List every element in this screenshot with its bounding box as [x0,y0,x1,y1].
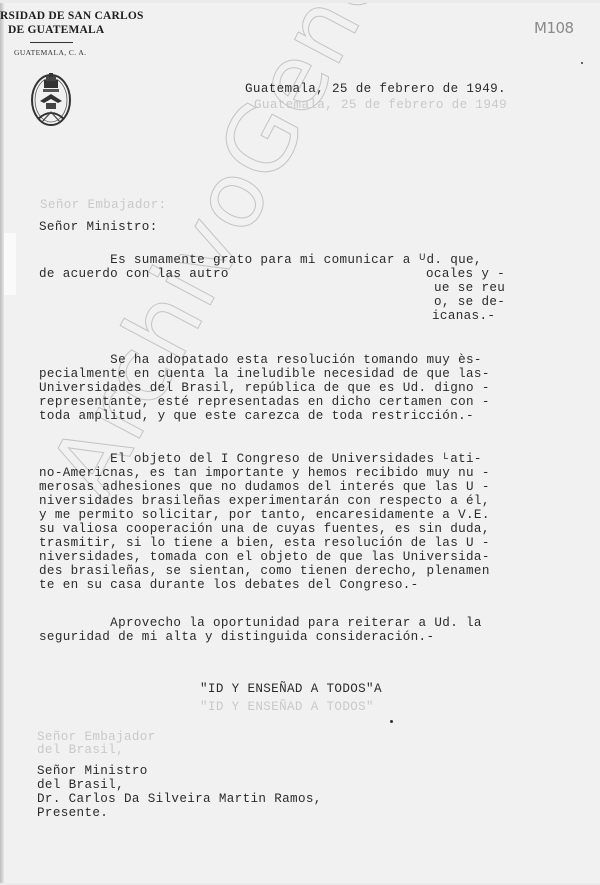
paragraph-line: niversidades, tomada con el objeto de qu… [39,551,490,565]
paragraph-line: ue se reu [434,282,505,296]
paragraph-line: y me permito solicitar, por tanto, encar… [39,509,490,523]
paragraph-line: de acuerdo con las autro [39,268,229,282]
ink-speck [581,62,583,64]
letterhead-institution: RSIDAD DE SAN CARLOS [0,10,144,22]
letterhead-rule [30,42,73,43]
archive-reference-mark: M108 [534,19,574,37]
addressee-line: del Brasil, [37,779,124,793]
paragraph-line: El objeto del I Congreso de Universidade… [39,453,482,467]
paragraph-line: toda amplitud, y que este carezca de tod… [39,410,474,424]
paragraph-line: Aprovecho la oportunidad para reiterar a… [39,617,482,631]
paragraph-line: seguridad de mi alta y distinguida consi… [39,631,434,645]
letter-date: Guatemala, 25 de febrero de 1949. [245,83,506,97]
paragraph-line: no-Americnas, es tan importante y hemos … [39,467,490,481]
paragraph-line: des brasileñas, se sientan, como tienen … [39,565,490,579]
paragraph-line: o, se de- [434,296,505,310]
university-seal-icon [26,67,76,131]
paper-strip [4,233,16,295]
paragraph-line: su valiosa cooperación una de cuyas fuen… [39,523,490,537]
paragraph-line: te en su casa durante los debates del Co… [39,579,419,593]
salutation: Señor Ministro: [39,221,158,235]
paragraph-line: icanas.- [432,310,495,324]
addressee-line: Presente. [37,807,108,821]
paragraph-line: pecialmente en cuenta la ineludible nece… [39,368,490,382]
ghost-date: Guatemala, 25 de febrero de 1949 [254,99,507,113]
ghost-addressee-2: del Brasil, [37,744,124,758]
letter-page: ArchivoGeneralUSAC RSIDAD DE SAN CARLOS … [0,3,600,883]
ink-speck [390,720,393,723]
letterhead-city: GUATEMALA, C. A. [14,48,86,57]
ghost-salutation: Señor Embajador: [40,199,167,213]
university-motto: "ID Y ENSEÑAD A TODOS"A [200,683,382,697]
letterhead-institution-2: DE GUATEMALA [8,24,104,36]
paragraph-line: Es sumamente grato para mi comunicar a ᵁ… [39,254,482,268]
paragraph-line: representante, esté representadas en dic… [39,396,490,410]
addressee-line: Dr. Carlos Da Silveira Martin Ramos, [37,793,322,807]
paragraph-line: Se ha adopatado esta resolución tomando … [39,354,482,368]
page-left-edge [0,3,4,883]
paragraph-line: niversidades brasileñas experimentarán c… [39,495,490,509]
paragraph-line: ocales y - [426,268,505,282]
ghost-motto: "ID Y ENSEÑAD A TODOS" [200,701,374,715]
paragraph-line: Universidades del Brasil, república de q… [39,382,490,396]
addressee-line: Señor Ministro [37,765,148,779]
paragraph-line: merosas adhesiones que no dudamos del in… [39,481,490,495]
paragraph-line: trasmitir, si lo tiene a bien, esta reso… [39,537,490,551]
